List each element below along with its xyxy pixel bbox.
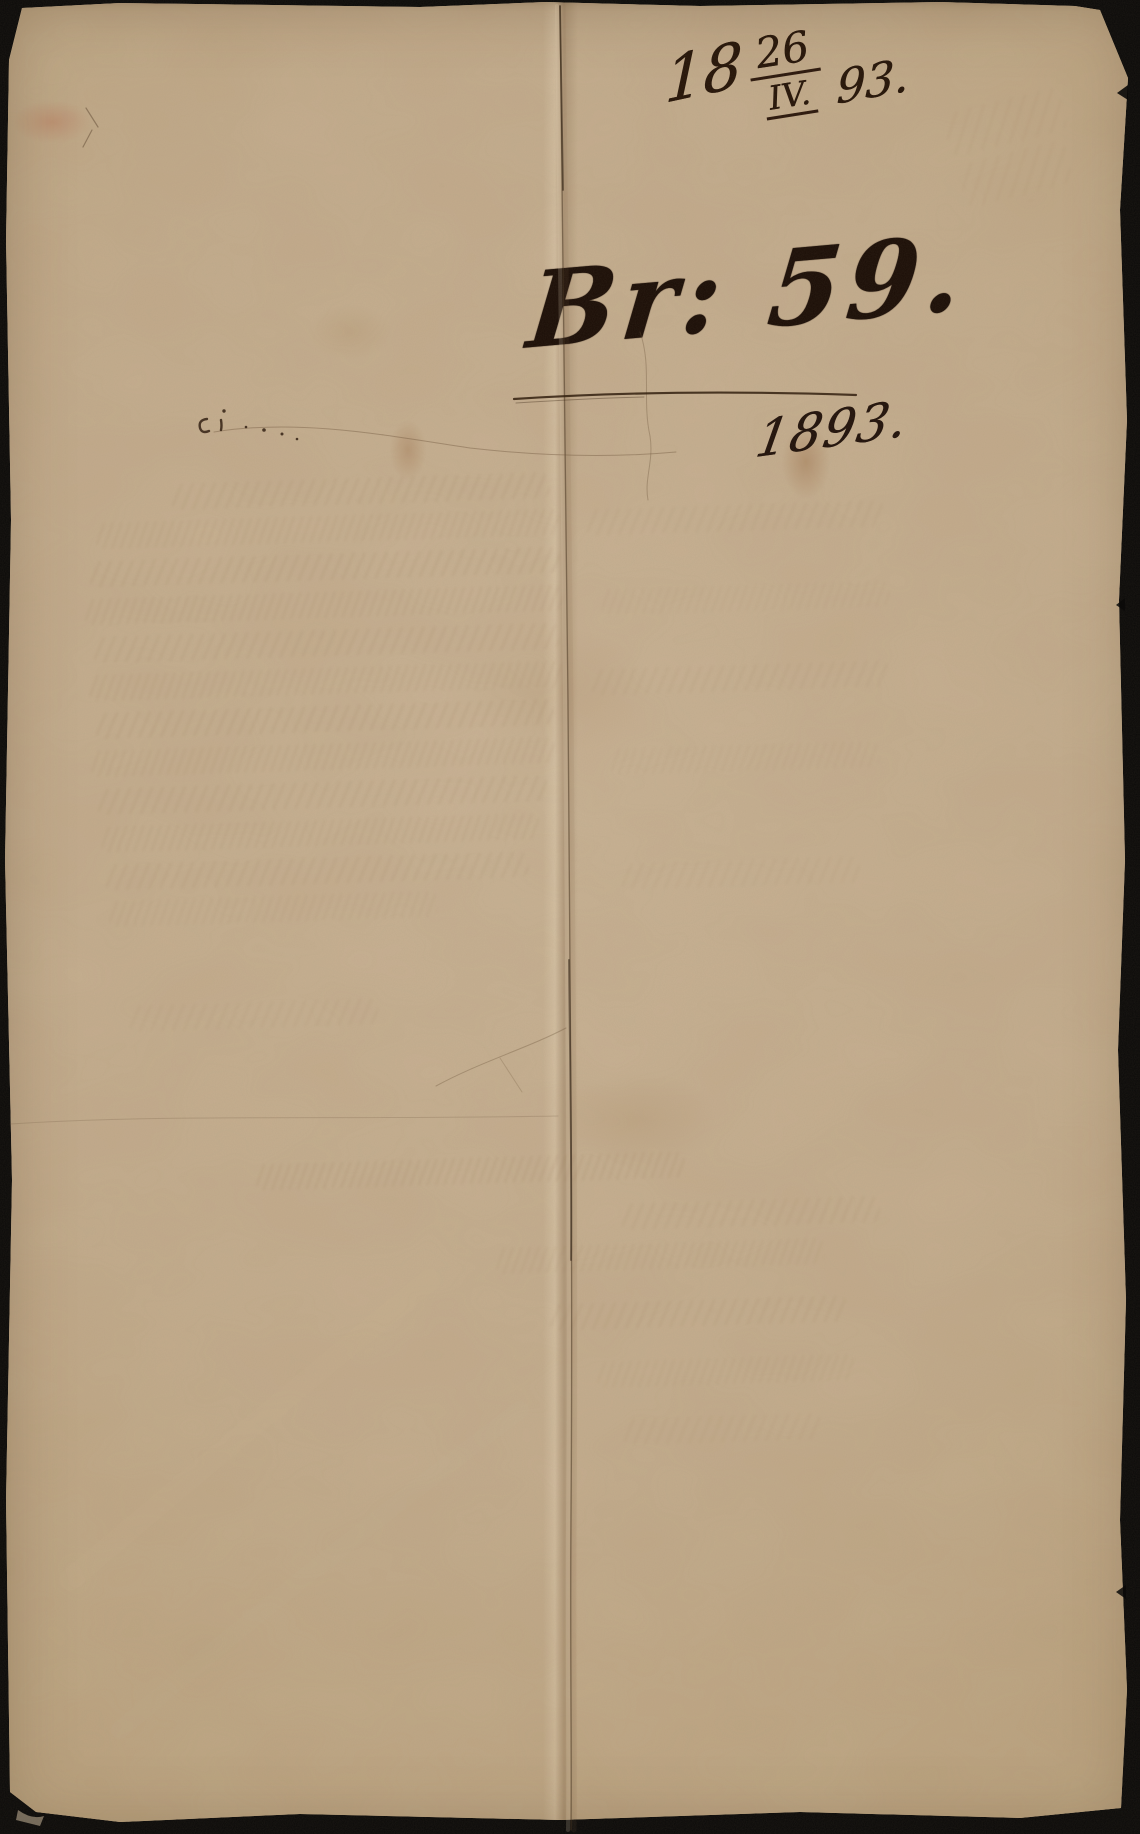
date-prefix: 18	[664, 33, 743, 113]
date-day: 26	[744, 25, 822, 82]
date-month: IV.	[761, 75, 818, 121]
date-fraction: 26 IV.	[744, 25, 828, 122]
date-year-suffix: 93.	[836, 51, 910, 111]
scan-background: 18 26 IV. 93. Br: 59. 1893.	[0, 0, 1140, 1834]
